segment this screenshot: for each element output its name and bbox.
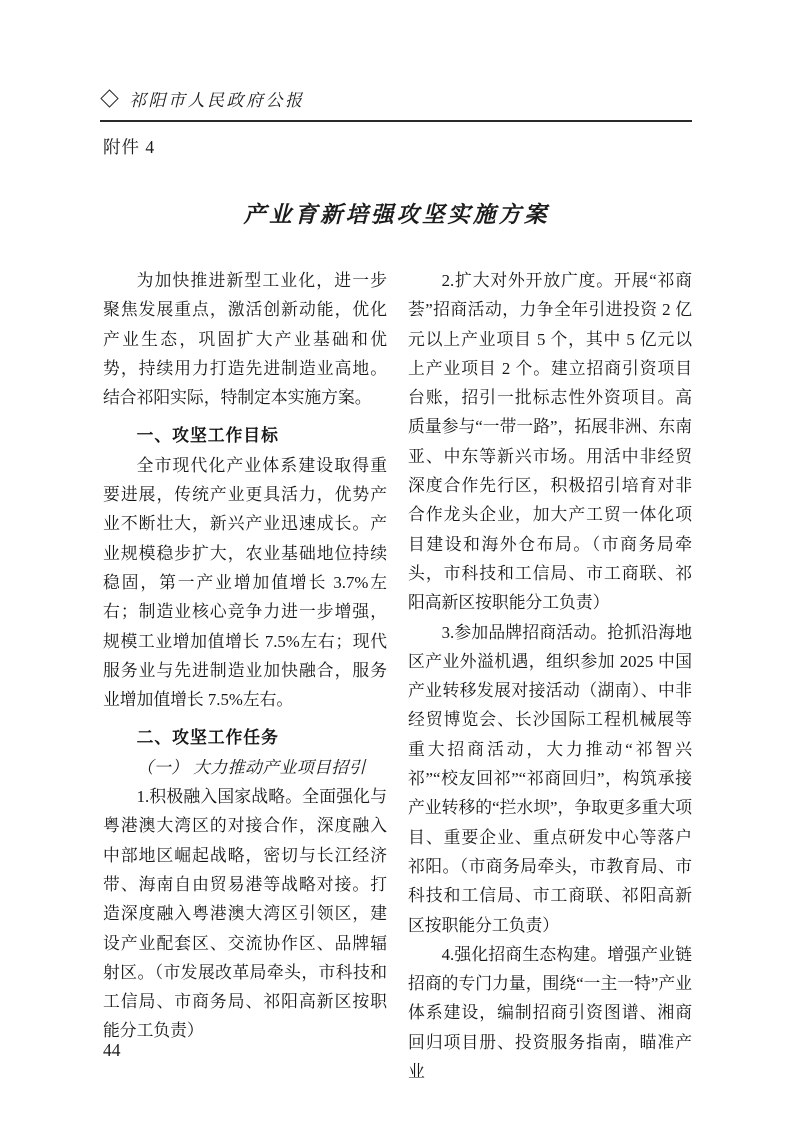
attachment-label: 附件 4 <box>103 134 155 159</box>
section-heading: 一、攻坚工作目标 <box>103 421 387 450</box>
section-heading: 二、攻坚工作任务 <box>103 723 387 752</box>
gazette-title: 祁阳市人民政府公报 <box>129 86 305 111</box>
body-paragraph: 1.积极融入国家战略。全面强化与粤港澳大湾区的对接合作，深度融入中部地区崛起战略… <box>103 782 387 1046</box>
gazette-page: 祁阳市人民政府公报 附件 4 产业育新培强攻坚实施方案 为加快推进新型工业化，进… <box>0 0 793 1122</box>
body-paragraph: 全市现代化产业体系建设取得重要进展，传统产业更具活力，优势产业不断壮大，新兴产业… <box>103 451 387 715</box>
gazette-header: 祁阳市人民政府公报 <box>100 86 692 122</box>
page-number: 44 <box>103 1040 121 1061</box>
subsection-heading: （一） 大力推动产业项目招引 <box>103 753 387 782</box>
diamond-icon <box>100 89 118 107</box>
right-column: 2.扩大对外开放广度。开展“祁商荟”招商活动，力争全年引进投资 2 亿元以上产业… <box>408 266 692 1086</box>
body-paragraph: 4.强化招商生态构建。增强产业链招商的专门力量，围绕“一主一特”产业体系建设，编… <box>408 940 692 1086</box>
document-title: 产业育新培强攻坚实施方案 <box>0 197 793 229</box>
two-column-body: 为加快推进新型工业化，进一步聚焦发展重点，激活创新动能，优化产业生态，巩固扩大产… <box>103 266 692 1086</box>
body-paragraph: 3.参加品牌招商活动。抢抓沿海地区产业外溢机遇，组织参加 2025 中国产业转移… <box>408 618 692 940</box>
body-paragraph: 2.扩大对外开放广度。开展“祁商荟”招商活动，力争全年引进投资 2 亿元以上产业… <box>408 266 692 618</box>
left-column: 为加快推进新型工业化，进一步聚焦发展重点，激活创新动能，优化产业生态，巩固扩大产… <box>103 266 387 1086</box>
body-paragraph: 为加快推进新型工业化，进一步聚焦发展重点，激活创新动能，优化产业生态，巩固扩大产… <box>103 266 387 412</box>
